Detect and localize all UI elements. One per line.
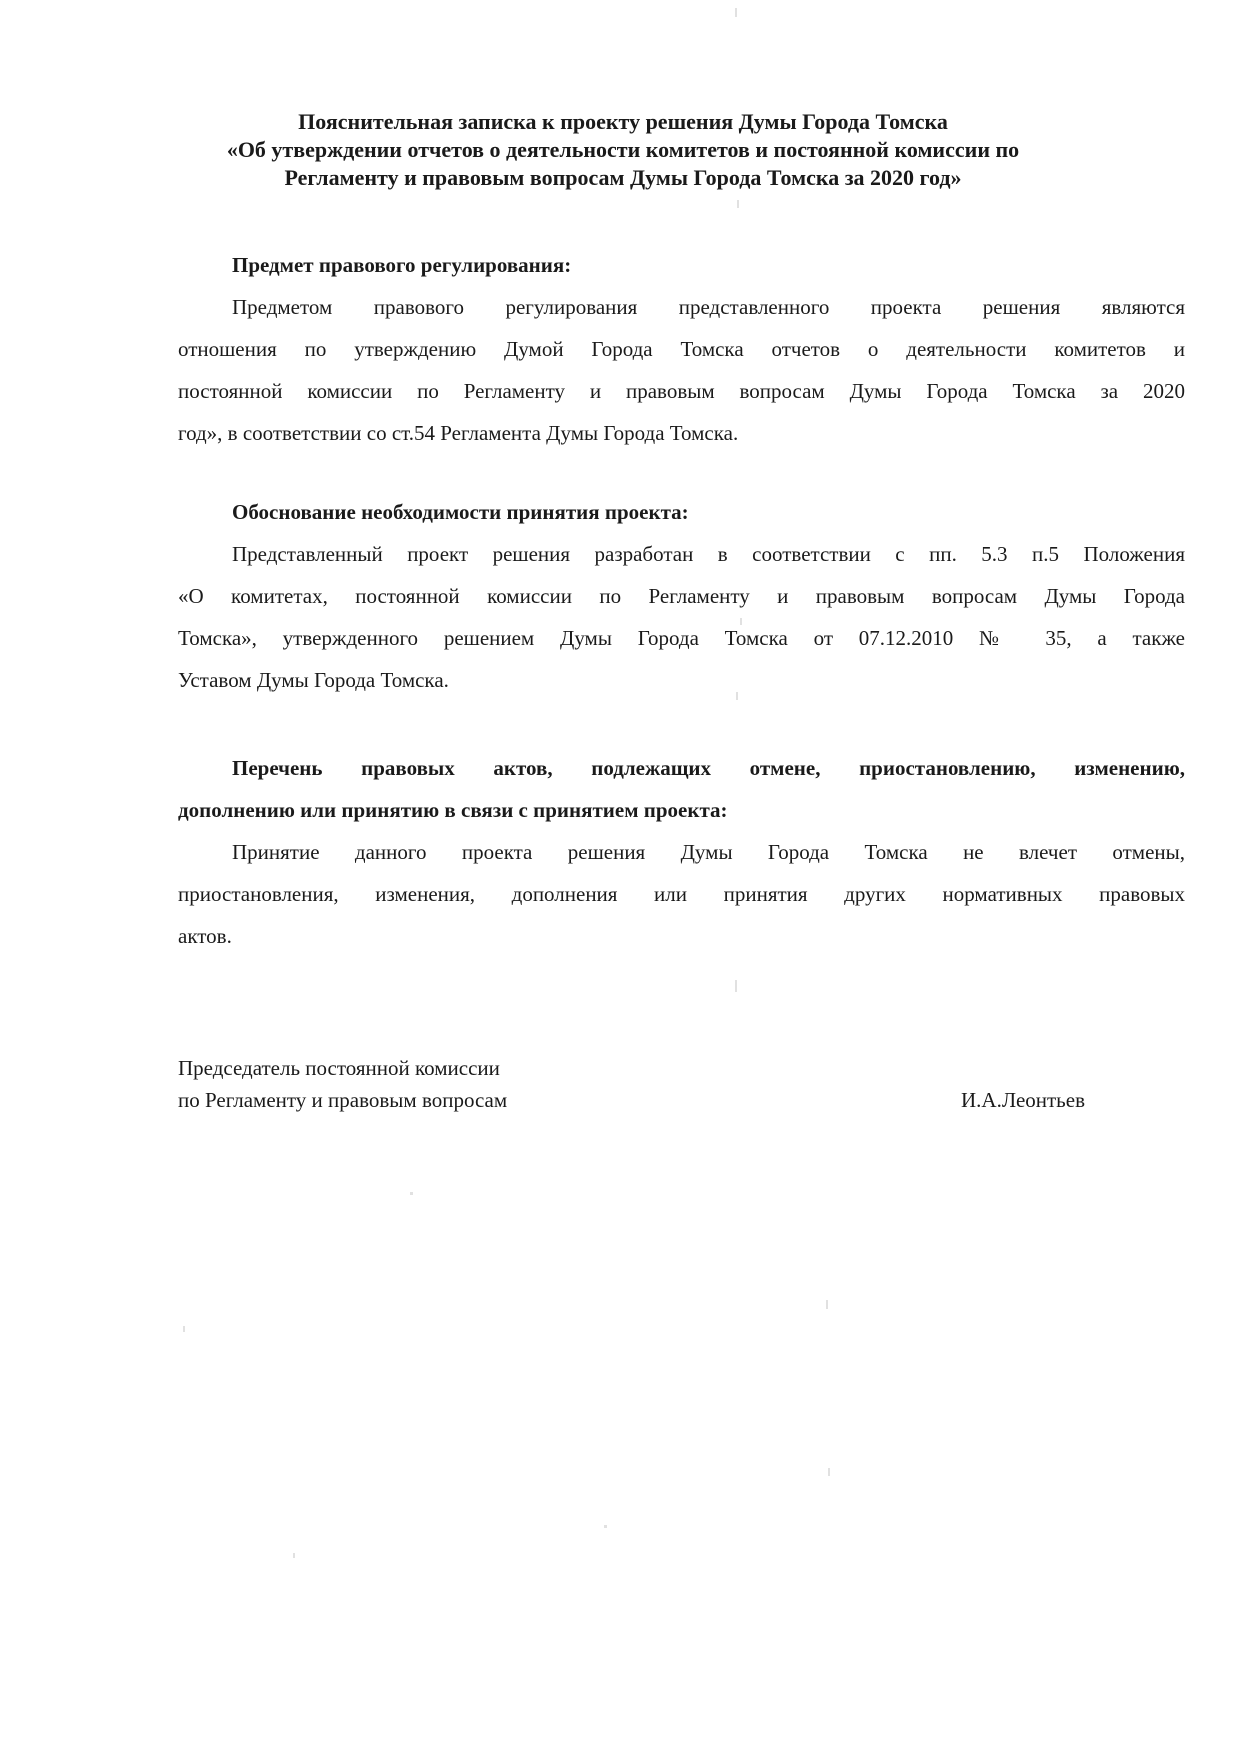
section-heading: Предмет правового регулирования:	[178, 244, 1185, 286]
document-content: Пояснительная записка к проекту решения …	[178, 0, 1185, 1116]
paragraph: Представленный проект решения разработан…	[178, 533, 1185, 701]
signature-block: Председатель постоянной комиссии по Регл…	[178, 1052, 1185, 1116]
scan-artifact	[826, 1300, 828, 1309]
heading-line: Перечень правовых актов, подлежащих отме…	[178, 747, 1185, 789]
scan-artifact	[183, 1326, 185, 1332]
signature-name: И.А.Леонтьев	[961, 1084, 1085, 1116]
paragraph: Принятие данного проекта решения Думы Го…	[178, 831, 1185, 957]
section-heading: Перечень правовых актов, подлежащих отме…	[178, 747, 1185, 831]
paragraph-line: актов.	[178, 915, 1185, 957]
heading-line: Предмет правового регулирования:	[178, 244, 1185, 286]
scanned-document-page: Пояснительная записка к проекту решения …	[0, 0, 1240, 1753]
signature-position: Председатель постоянной комиссии по Регл…	[178, 1052, 507, 1116]
paragraph-line: Представленный проект решения разработан…	[178, 533, 1185, 575]
scan-artifact	[604, 1525, 607, 1528]
scan-artifact	[293, 1553, 295, 1558]
document-title: Пояснительная записка к проекту решения …	[178, 0, 1068, 192]
scan-artifact	[410, 1192, 413, 1195]
section-heading: Обоснование необходимости принятия проек…	[178, 491, 1185, 533]
paragraph-line: Томска», утвержденного решением Думы Гор…	[178, 617, 1185, 659]
document-section: Перечень правовых актов, подлежащих отме…	[178, 747, 1185, 957]
scan-artifact	[735, 8, 737, 17]
heading-line: дополнению или принятию в связи с принят…	[178, 789, 1185, 831]
scan-artifact	[740, 618, 742, 625]
paragraph-line: Уставом Думы Города Томска.	[178, 659, 1185, 701]
scan-artifact	[736, 692, 738, 700]
scan-artifact	[828, 1468, 830, 1476]
title-line: Пояснительная записка к проекту решения …	[178, 108, 1068, 136]
paragraph-line: «О комитетах, постоянной комиссии по Рег…	[178, 575, 1185, 617]
signature-position-line: Председатель постоянной комиссии	[178, 1052, 507, 1084]
document-sections: Предмет правового регулирования:Предмето…	[178, 244, 1185, 957]
title-line: Регламенту и правовым вопросам Думы Горо…	[178, 164, 1068, 192]
paragraph-line: приостановления, изменения, дополнения и…	[178, 873, 1185, 915]
document-section: Обоснование необходимости принятия проек…	[178, 491, 1185, 701]
paragraph-line: Предметом правового регулирования предст…	[178, 286, 1185, 328]
scan-artifact	[735, 980, 737, 992]
paragraph-line: отношения по утверждению Думой Города То…	[178, 328, 1185, 370]
paragraph-line: Принятие данного проекта решения Думы Го…	[178, 831, 1185, 873]
scan-artifact	[737, 200, 739, 208]
title-line: «Об утверждении отчетов о деятельности к…	[178, 136, 1068, 164]
document-section: Предмет правового регулирования:Предмето…	[178, 244, 1185, 454]
signature-position-line: по Регламенту и правовым вопросам	[178, 1084, 507, 1116]
heading-line: Обоснование необходимости принятия проек…	[178, 491, 1185, 533]
paragraph-line: год», в соответствии со ст.54 Регламента…	[178, 412, 1185, 454]
paragraph-line: постоянной комиссии по Регламенту и прав…	[178, 370, 1185, 412]
paragraph: Предметом правового регулирования предст…	[178, 286, 1185, 454]
